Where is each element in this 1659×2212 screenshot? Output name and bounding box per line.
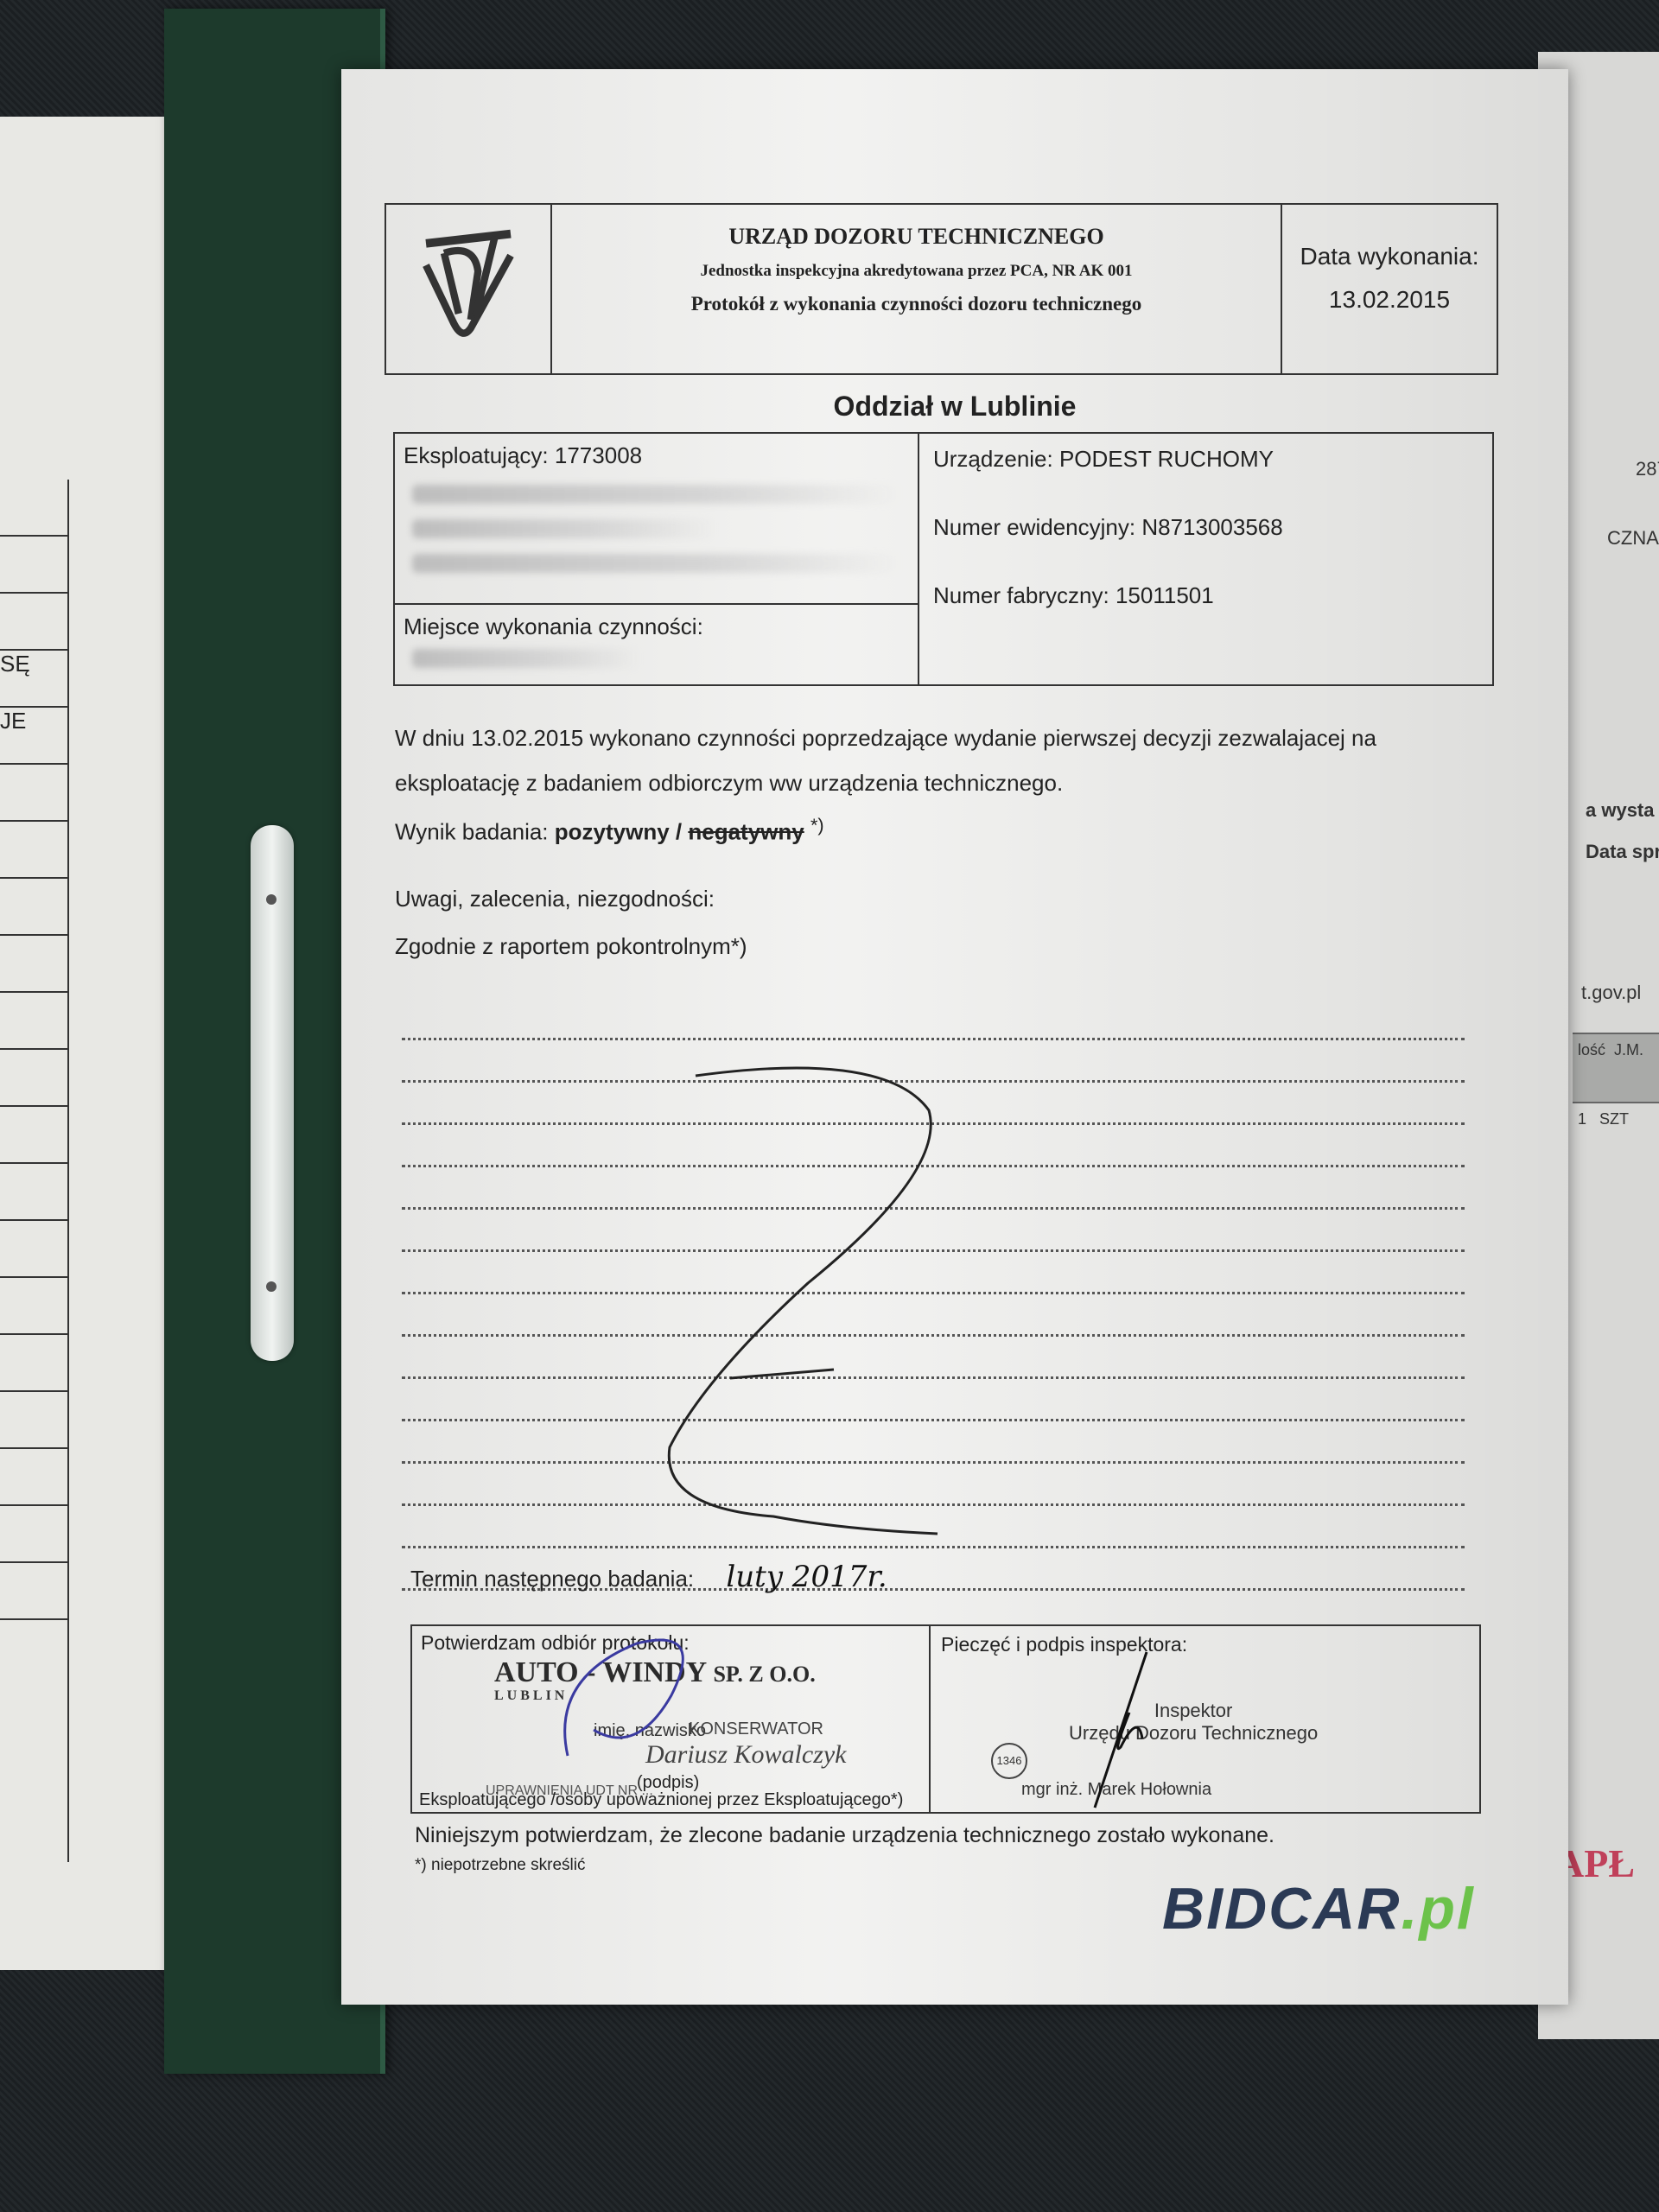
receipt-section: Potwierdzam odbiór protokołu: AUTO - WIN…: [412, 1626, 931, 1812]
place-label: Miejsce wykonania czynności:: [404, 613, 703, 639]
footnote: *) niepotrzebne skreślić: [415, 1856, 585, 1875]
next-exam: Termin następnego badania: luty 2017r.: [410, 1560, 887, 1594]
date-value: 13.02.2015: [1282, 286, 1497, 314]
result-label: Wynik badania:: [395, 819, 549, 845]
remarks-value: Zgodnie z raportem pokontrolnym*): [395, 933, 747, 960]
reg-number-value: N8713003568: [1141, 514, 1282, 540]
inspector-section: Pieczęć i podpis inspektora: Inspektor U…: [931, 1626, 1479, 1812]
binder-clip: [251, 825, 294, 1361]
bg-text: t.gov.pl: [1581, 982, 1641, 1004]
udt-logo-icon: [386, 205, 552, 373]
result-line: Wynik badania: pozytywny / negatywny *): [395, 814, 824, 846]
factory-number-value: 15011501: [1116, 582, 1214, 608]
remarks-label: Uwagi, zalecenia, niezgodności:: [395, 886, 715, 912]
redacted-text: [412, 519, 715, 538]
bg-text: CZNA 1: [1607, 527, 1659, 550]
date-label: Data wykonania:: [1282, 243, 1497, 270]
receipt-footer: Eksploatującego /osoby upoważnionej prze…: [419, 1790, 903, 1810]
protocol-page: URZĄD DOZORU TECHNICZNEGO Jednostka insp…: [341, 69, 1568, 2005]
bg-text: 287: [1636, 458, 1659, 480]
bidcar-watermark: BIDCAR.pl: [1162, 1875, 1475, 1942]
signature-box: Potwierdzam odbiór protokołu: AUTO - WIN…: [410, 1624, 1481, 1814]
protocol-title: Protokół z wykonania czynności dozoru te…: [552, 293, 1281, 315]
info-box: Eksploatujący: 1773008 Miejsce wykonania…: [393, 432, 1494, 686]
bg-text: a wysta: [1586, 799, 1655, 822]
organization-name: URZĄD DOZORU TECHNICZNEGO: [552, 224, 1281, 250]
operator-label: Eksploatujący:: [404, 442, 549, 468]
blue-signature-icon: [542, 1626, 715, 1773]
redacted-text: [412, 485, 900, 504]
footnote-mark: *): [810, 814, 824, 836]
left-table: SĘ JE: [0, 480, 69, 1862]
accreditation: Jednostka inspekcyjna akredytowana przez…: [552, 262, 1281, 281]
factory-number-label: Numer fabryczny:: [933, 582, 1109, 608]
bg-table: lość J.M. 1 SZT: [1573, 1033, 1659, 1224]
header-box: URZĄD DOZORU TECHNICZNEGO Jednostka insp…: [385, 203, 1498, 375]
confirmation-text: Niniejszym potwierdzam, że zlecone badan…: [415, 1823, 1274, 1848]
redacted-text: [412, 554, 900, 573]
redacted-text: [412, 649, 639, 668]
next-exam-handwritten: luty 2017r.: [726, 1560, 887, 1594]
udt-stamp-icon: 1346: [991, 1743, 1027, 1779]
device-label: Urządzenie:: [933, 446, 1053, 472]
result-positive: pozytywny /: [555, 819, 682, 845]
inspector-signature-icon: [1060, 1643, 1190, 1816]
device-value: PODEST RUCHOMY: [1059, 446, 1274, 472]
branch-title: Oddział w Lublinie: [341, 391, 1568, 423]
reg-number-label: Numer ewidencyjny:: [933, 514, 1135, 540]
inspector-label: Pieczęć i podpis inspektora:: [941, 1633, 1469, 1656]
z-strikeout-mark: [601, 998, 998, 1551]
operator-value: 1773008: [555, 442, 642, 468]
left-fragment: JE: [0, 708, 26, 734]
next-exam-label: Termin następnego badania:: [410, 1566, 694, 1592]
result-negative-struck: negatywny: [688, 819, 804, 845]
bg-text: Data spr: [1586, 841, 1659, 863]
statement-paragraph: W dniu 13.02.2015 wykonano czynności pop…: [395, 715, 1484, 805]
left-fragment: SĘ: [0, 651, 30, 677]
